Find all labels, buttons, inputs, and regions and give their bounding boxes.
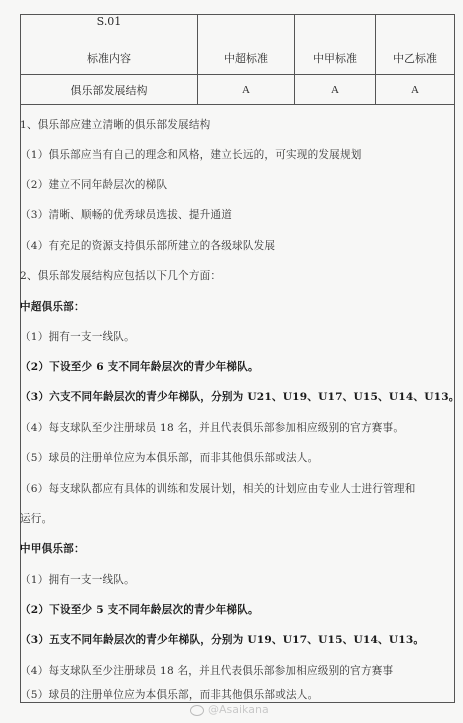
body-line: （1）拥有一支一线队。 [20, 329, 135, 344]
body-line: 运行。 [20, 511, 52, 526]
body-line: 1、俱乐部应建立清晰的俱乐部发展结构 [20, 117, 210, 132]
league-two-grade: A [376, 75, 455, 105]
document-page: S.01 标准内容 中超标准 中甲标准 中乙标准 俱乐部发展结构 A A A 1… [0, 0, 463, 723]
content-column-label: 标准内容 [21, 50, 197, 74]
item-name-cell: 俱乐部发展结构 [21, 75, 198, 105]
league-one-grade: A [295, 75, 376, 105]
body-line: （3）清晰、顺畅的优秀球员选拔、提升通道 [20, 207, 232, 222]
watermark-text: @Asaikana [208, 703, 269, 716]
body-line: （2）下设至少 6 支不同年龄层次的青少年梯队。 [20, 359, 259, 374]
league-one-header-cell: 中甲标准 [295, 15, 376, 75]
body-line: （4）有充足的资源支持俱乐部所建立的各级球队发展 [20, 238, 275, 253]
super-league-standard-label: 中超标准 [198, 50, 294, 74]
body-line: （3）五支不同年龄层次的青少年梯队，分别为 U19、U17、U15、U14、U1… [20, 632, 424, 647]
weibo-icon [190, 705, 204, 716]
body-line: （2）建立不同年龄层次的梯队 [20, 177, 167, 192]
body-line: （6）每支球队都应有具体的训练和发展计划，相关的计划应由专业人士进行管理和 [20, 481, 416, 496]
league-one-standard-label: 中甲标准 [295, 50, 375, 74]
body-line: （2）下设至少 5 支不同年龄层次的青少年梯队。 [20, 602, 259, 617]
standards-header-table: S.01 标准内容 中超标准 中甲标准 中乙标准 俱乐部发展结构 A A A [20, 14, 455, 105]
body-line: （4）每支球队至少注册球员 18 名，并且代表俱乐部参加相应级别的官方赛事。 [20, 420, 404, 435]
watermark: @Asaikana [190, 703, 269, 716]
section-heading-league-one: 中甲俱乐部： [20, 541, 85, 556]
body-line: （4）每支球队至少注册球员 18 名，并且代表俱乐部参加相应级别的官方赛事 [20, 663, 393, 678]
body-line: （5）球员的注册单位应为本俱乐部，而非其他俱乐部或法人。 [20, 450, 318, 465]
body-line: （1）拥有一支一线队。 [20, 572, 135, 587]
super-league-header-cell: 中超标准 [198, 15, 295, 75]
body-line: （5）球员的注册单位应为本俱乐部，而非其他俱乐部或法人。 [20, 687, 318, 702]
league-two-standard-label: 中乙标准 [376, 50, 454, 74]
body-line: （3）六支不同年龄层次的青少年梯队，分别为 U21、U19、U17、U15、U1… [20, 389, 460, 404]
body-line: （1）俱乐部应当有自己的理念和风格，建立长远的，可实现的发展规划 [20, 147, 362, 162]
league-two-header-cell: 中乙标准 [376, 15, 455, 75]
super-league-grade: A [198, 75, 295, 105]
standard-code: S.01 [21, 15, 197, 28]
body-line: 2、俱乐部发展结构应包括以下几个方面： [20, 268, 221, 283]
content-header-cell: S.01 标准内容 [21, 15, 198, 75]
section-heading-super-league: 中超俱乐部： [20, 299, 85, 314]
